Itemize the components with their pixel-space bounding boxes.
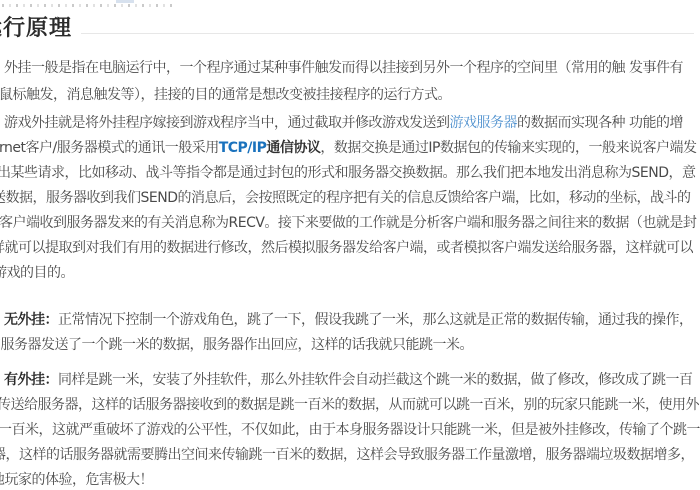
text-line: 一百米，这就严重破坏了游戏的公平性，不仅如此，由于本身服务器设计只能跳一米，但是…	[0, 418, 700, 443]
text-line: rnet客户/服务器模式的通讯一般采用TCP/IP通信协议，数据交换是通过IP数…	[0, 136, 700, 161]
tcpip-link[interactable]: TCP/IP	[219, 140, 267, 156]
section-title: 运行原理	[0, 14, 72, 44]
text-line: 他玩家的体验，危害极大！	[0, 468, 700, 490]
text-line: 鼠标触发，消息触发等），挂接的目的通常是想改变被挂接程序的运行方式。	[0, 82, 700, 109]
text-line: 游戏的目的。	[0, 261, 700, 286]
game-server-link[interactable]: 游戏服务器	[450, 115, 518, 131]
line-text: rnet客户/服务器模式的通讯一般采用	[0, 140, 219, 156]
heading-divider	[81, 33, 694, 34]
paragraph-principle: 游戏外挂就是将外挂程序嫁接到游戏程序当中，通过截取并修改游戏发送到游戏服务器的数…	[0, 111, 700, 286]
line-text: 同样是跳一米，安装了外挂软件，那么外挂软件会自动拦截这个跳一米的数据，做了修改，…	[58, 372, 693, 388]
text-line: 有外挂：同样是跳一米，安装了外挂软件，那么外挂软件会自动拦截这个跳一米的数据，做…	[4, 368, 700, 393]
paragraph-no-cheat: 无外挂：正常情况下控制一个游戏角色，跳了一下，假设我跳了一米，那么这就是正常的数…	[0, 308, 700, 358]
paragraph-with-cheat: 有外挂：同样是跳一米，安装了外挂软件，那么外挂软件会自动拦截这个跳一米的数据，做…	[0, 368, 700, 490]
clipped-text-fragment	[116, 0, 134, 3]
line-text: 正常情况下控制一个游戏角色，跳了一下，假设我跳了一米，那么这就是正常的数据传输，…	[58, 312, 693, 328]
text-line: 客户端收到服务器发来的有关消息称为RECV。接下来要做的工作就是分析客户端和服务…	[0, 211, 700, 236]
article-page: 运行原理 外挂一般是指在电脑运行中，一个程序通过某种事件触发而得以挂接到另外一个…	[0, 0, 700, 490]
line-text: ，数据交换是通过IP数据包的传输来实现的，一般来说客户端发	[320, 140, 696, 156]
line-text: 的数据而实现各种 功能的增	[517, 115, 683, 131]
text-line: 器，这样的话服务器就需要腾出空间来传输跳一百米的数据，这样会导致服务器工作量激增…	[0, 443, 700, 468]
no-cheat-label: 无外挂：	[4, 312, 58, 328]
clipped-text-fragment	[2, 4, 174, 7]
text-line: 外挂一般是指在电脑运行中，一个程序通过某种事件触发而得以挂接到另外一个程序的空间…	[4, 55, 700, 82]
paragraph-intro: 外挂一般是指在电脑运行中，一个程序通过某种事件触发而得以挂接到另外一个程序的空间…	[0, 55, 700, 109]
text-line: 传送给服务器，这样的话服务器接收到的数据是跳一百米的数据，从而就可以跳一百米，别…	[0, 393, 700, 418]
text-line: 出某些请求，比如移动、战斗等指令都是通过封包的形式和服务器交换数据。那么我们把本…	[0, 161, 700, 186]
text-line: 送数据，服务器收到我们SEND的消息后，会按照既定的程序把有关的信息反馈给客户端…	[0, 186, 700, 211]
text-line: 样就可以提取到对我们有用的数据进行修改，然后模拟服务器发给客户端，或者模拟客户端…	[0, 236, 700, 261]
text-line: 无外挂：正常情况下控制一个游戏角色，跳了一下，假设我跳了一米，那么这就是正常的数…	[4, 308, 700, 333]
line-text: 游戏外挂就是将外挂程序嫁接到游戏程序当中，通过截取并修改游戏发送到	[4, 115, 450, 131]
text-line: 游戏外挂就是将外挂程序嫁接到游戏程序当中，通过截取并修改游戏发送到游戏服务器的数…	[4, 111, 700, 136]
text-line: 向服务器发送了一个跳一米的数据，服务器作出回应，这样的话我就只能跳一米。	[0, 333, 700, 358]
with-cheat-label: 有外挂：	[4, 372, 58, 388]
section-heading: 运行原理	[0, 14, 694, 44]
protocol-text: 通信协议	[266, 140, 320, 156]
